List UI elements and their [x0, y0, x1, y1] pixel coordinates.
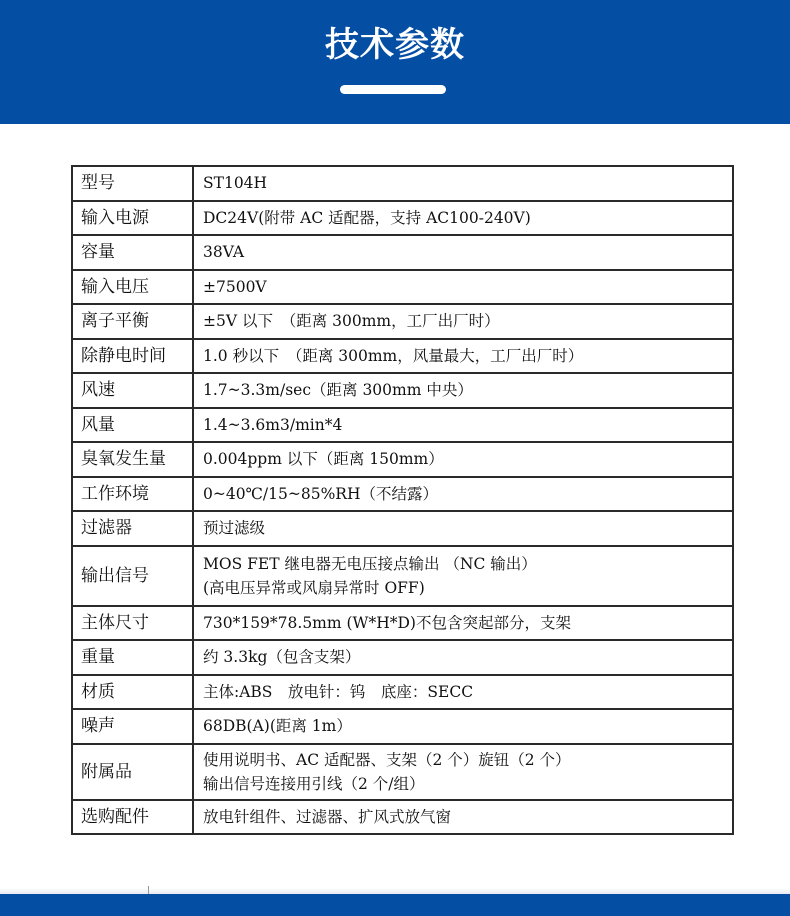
spec-value: 1.0 秒以下 （距离 300mm，风量最大，工厂出厂时） [193, 339, 733, 374]
spec-value: 约 3.3kg（包含支架） [193, 640, 733, 675]
spec-label: 型号 [72, 166, 193, 201]
spec-value-line: (高电压异常或风扇异常时 OFF) [203, 576, 724, 600]
spec-label: 过滤器 [72, 511, 193, 546]
table-row: 风量 1.4~3.6m3/min*4 [72, 408, 733, 443]
spec-value: 1.7~3.3m/sec（距离 300mm 中央） [193, 373, 733, 408]
table-row: 噪声 68DB(A)(距离 1m） [72, 709, 733, 744]
spec-value: ST104H [193, 166, 733, 201]
table-row: 附属品 使用说明书、AC 适配器、支架（2 个）旋钮（2 个） 输出信号连接用引… [72, 744, 733, 800]
table-row: 输入电源 DC24V(附带 AC 适配器，支持 AC100-240V) [72, 201, 733, 236]
table-row: 输入电压 ±7500V [72, 270, 733, 305]
table-row: 材质 主体:ABS 放电针：钨 底座：SECC [72, 675, 733, 710]
table-row: 臭氧发生量 0.004ppm 以下（距离 150mm） [72, 442, 733, 477]
spec-value: DC24V(附带 AC 适配器，支持 AC100-240V) [193, 201, 733, 236]
title-underline-bar [340, 85, 446, 94]
spec-label: 噪声 [72, 709, 193, 744]
page-title: 技术参数 [0, 22, 790, 68]
spec-value-line: 使用说明书、AC 适配器、支架（2 个）旋钮（2 个） [203, 748, 724, 772]
spec-value-line: 输出信号连接用引线（2 个/组） [203, 772, 724, 796]
spec-value: 放电针组件、过滤器、扩风式放气窗 [193, 800, 733, 835]
table-row: 除静电时间 1.0 秒以下 （距离 300mm，风量最大，工厂出厂时） [72, 339, 733, 374]
table-row: 型号 ST104H [72, 166, 733, 201]
spec-value: MOS FET 继电器无电压接点输出 （NC 输出） (高电压异常或风扇异常时 … [193, 546, 733, 606]
spec-value: 730*159*78.5mm (W*H*D)不包含突起部分，支架 [193, 606, 733, 641]
table-row: 过滤器 预过滤级 [72, 511, 733, 546]
spec-label: 离子平衡 [72, 304, 193, 339]
spec-label: 输入电源 [72, 201, 193, 236]
spec-label: 材质 [72, 675, 193, 710]
spec-value: 0.004ppm 以下（距离 150mm） [193, 442, 733, 477]
spec-label: 选购配件 [72, 800, 193, 835]
spec-value: 1.4~3.6m3/min*4 [193, 408, 733, 443]
divider-mark [148, 886, 149, 894]
spec-label: 除静电时间 [72, 339, 193, 374]
header-banner: 技术参数 [0, 0, 790, 124]
table-row: 离子平衡 ±5V 以下 （距离 300mm，工厂出厂时） [72, 304, 733, 339]
spec-value: 38VA [193, 235, 733, 270]
spec-table: 型号 ST104H 输入电源 DC24V(附带 AC 适配器，支持 AC100-… [71, 165, 734, 835]
spec-label: 重量 [72, 640, 193, 675]
spec-label: 容量 [72, 235, 193, 270]
footer-banner [0, 894, 790, 916]
table-row: 工作环境 0~40℃/15~85%RH（不结露） [72, 477, 733, 512]
table-row: 输出信号 MOS FET 继电器无电压接点输出 （NC 输出） (高电压异常或风… [72, 546, 733, 606]
table-row: 主体尺寸 730*159*78.5mm (W*H*D)不包含突起部分，支架 [72, 606, 733, 641]
spec-label: 输入电压 [72, 270, 193, 305]
spec-value: 使用说明书、AC 适配器、支架（2 个）旋钮（2 个） 输出信号连接用引线（2 … [193, 744, 733, 800]
spec-label: 附属品 [72, 744, 193, 800]
spec-label: 臭氧发生量 [72, 442, 193, 477]
spec-value-line: MOS FET 继电器无电压接点输出 （NC 输出） [203, 552, 724, 576]
table-row: 容量 38VA [72, 235, 733, 270]
spec-value: ±5V 以下 （距离 300mm，工厂出厂时） [193, 304, 733, 339]
spec-label: 主体尺寸 [72, 606, 193, 641]
spec-value: ±7500V [193, 270, 733, 305]
spec-label: 风速 [72, 373, 193, 408]
table-row: 选购配件 放电针组件、过滤器、扩风式放气窗 [72, 800, 733, 835]
spec-value: 0~40℃/15~85%RH（不结露） [193, 477, 733, 512]
spec-value: 主体:ABS 放电针：钨 底座：SECC [193, 675, 733, 710]
spec-value: 68DB(A)(距离 1m） [193, 709, 733, 744]
table-row: 风速 1.7~3.3m/sec（距离 300mm 中央） [72, 373, 733, 408]
spec-value: 预过滤级 [193, 511, 733, 546]
spec-label: 工作环境 [72, 477, 193, 512]
spec-label: 风量 [72, 408, 193, 443]
table-row: 重量 约 3.3kg（包含支架） [72, 640, 733, 675]
spec-label: 输出信号 [72, 546, 193, 606]
